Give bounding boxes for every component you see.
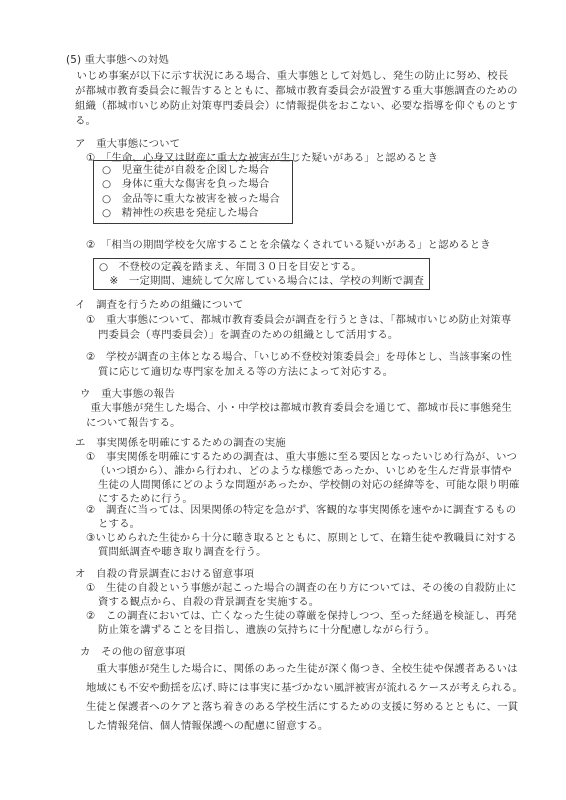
fact-item-3-line: ③いじめられた生徒から十分に聴き取るとともに、原則として、在籍生徒や教職員に対す… — [86, 531, 517, 545]
report-line: について報告する。 — [86, 416, 181, 430]
section-heading: (5) 重大事態への対処 — [66, 53, 169, 67]
suicide-item-1-line: 資する観点から、自殺の背景調査を実施する。 — [98, 595, 319, 609]
fact-item-1-line: （いつ頃から）、誰から行われ、どのような様態であったか、いじめを生んだ背景事情や — [95, 464, 512, 478]
subsection-heading-e: エ 事実関係を明確にするための調査の実施 — [75, 436, 286, 450]
report-line: 重大事態が発生した場合、小・中学校は都城市教育委員会を通じて、都城市長に事態発生 — [80, 401, 512, 415]
criteria-item: ○ 精神性の疾患を発症した場合 — [102, 206, 259, 220]
subsection-heading-a: ア 重大事態について — [75, 137, 180, 151]
criteria-box-1: ○ 児童生徒が自殺を企図した場合 ○ 身体に重大な傷害を負った場合 ○ 金品等に… — [93, 160, 293, 224]
subsection-heading-o: オ 自殺の背景調査における留意事項 — [75, 567, 254, 581]
fact-item-1-line: ① 事実関係を明確にするための調査は、重大事態に至る要因となったいじめ行為が、い… — [86, 450, 517, 464]
criteria-box-2: ○ 不登校の定義を踏まえ、年間３０日を目安とする。 ※ 一定期間、連続して欠席し… — [93, 258, 430, 290]
suicide-item-1-line: ① 生徒の自殺という事態が起こった場合の調査の在り方については、その後の自殺防止… — [86, 581, 517, 595]
criteria-item: ※ 一定期間、連続して欠席している場合には、学校の判断で調査 — [99, 274, 424, 288]
other-note-line: 重大事態が発生した場合に、関係のあった生徒が深く傷つき、全校生徒や保護者あるいは — [86, 662, 518, 676]
suicide-item-2-line: 防止策を講ずることを目指し、遺族の気持ちに十分配慮しながら行う。 — [98, 623, 435, 637]
org-item-2-line: ② 学校が調査の主体となる場合、「いじめ不登校対策委員会」を母体とし、当該事案の… — [86, 350, 512, 364]
intro-line: いじめ事案が以下に示す状況にある場合、重大事態として対処し、発生の防止に努め、校… — [66, 69, 508, 83]
criterion-2: ② 「相当の期間学校を欠席することを余儀なくされている疑いがある」と認めるとき — [86, 238, 491, 252]
subsection-heading-u: ウ 重大事態の報告 — [80, 387, 175, 401]
criteria-item: ○ 金品等に重大な被害を被った場合 — [102, 192, 280, 206]
document-page: (5) 重大事態への対処 いじめ事案が以下に示す状況にある場合、重大事態として対… — [0, 0, 566, 800]
fact-item-3-line: 質問紙調査や聴き取り調査を行う。 — [98, 545, 267, 559]
org-item-1-line: ① 重大事態について、都城市教育委員会が調査を行うときは、「都城市いじめ防止対策… — [86, 313, 511, 327]
org-item-1-line: 門委員会（専門委員会）」を調査のための組織として活用する。 — [98, 328, 398, 342]
suicide-item-2-line: ② この調査においては、亡くなった生徒の尊厳を保持しつつ、至った経過を検証し、再… — [86, 609, 517, 623]
criteria-item: ○ 児童生徒が自殺を企図した場合 — [102, 163, 269, 177]
fact-item-1-line: 生徒の人間関係にどのような問題があったか、学校側の対応の経緯等を、可能な限り明確 — [98, 478, 520, 492]
other-note-line: した情報発信、個人情報保護への配慮に留意する。 — [86, 719, 328, 733]
other-note-line: 生徒と保護者へのケアと落ち着きのある学校生活にするための支援に努めるとともに、一… — [86, 700, 518, 714]
intro-line: 組織（都城市いじめ防止対策専門委員会）に情報提供をおこない、必要な指導を仰ぐもの… — [75, 99, 518, 113]
criteria-item: ○ 不登校の定義を踏まえ、年間３０日を目安とする。 — [99, 260, 362, 274]
fact-item-2-line: とする。 — [98, 517, 140, 531]
org-item-2-line: 質に応じて適切な専門家を加える等の方法によって対応する。 — [98, 365, 393, 379]
subsection-heading-i: イ 調査を行うための組織について — [75, 298, 243, 312]
fact-item-2-line: ② 調査に当っては、因果関係の特定を急がず、客観的な事実関係を速やかに調査するも… — [86, 503, 516, 517]
intro-line: が都城市教育委員会に報告するとともに、都城市教育委員会が設置する重大事態調査のた… — [75, 84, 518, 98]
other-note-line: 地域にも不安や動揺を広げ､時には事実に基づかない風評被害が流れるケースが考えられ… — [86, 681, 523, 695]
criteria-item: ○ 身体に重大な傷害を負った場合 — [102, 177, 269, 191]
subsection-heading-ka: カ その他の留意事項 — [80, 645, 185, 659]
intro-line: る。 — [75, 114, 96, 128]
